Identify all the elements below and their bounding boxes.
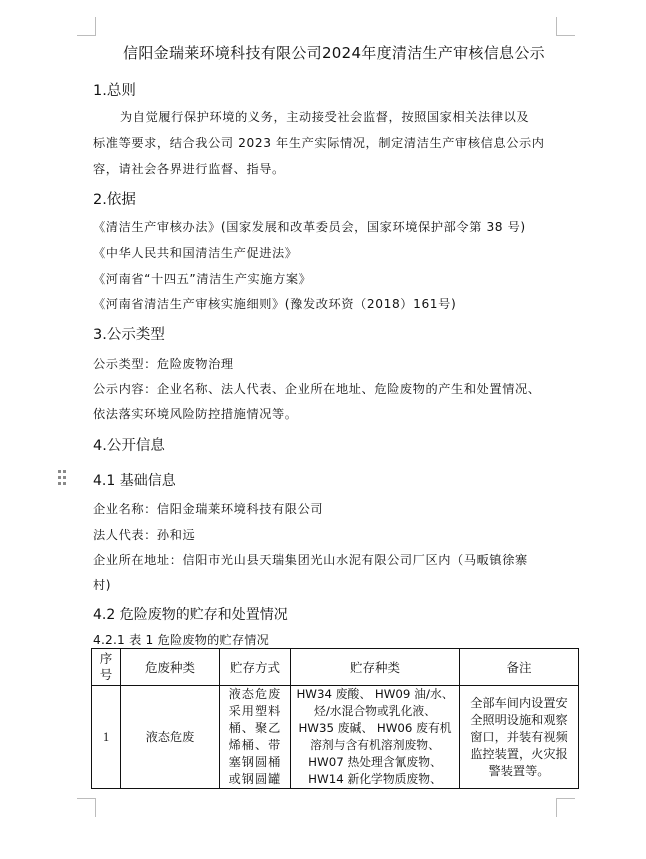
header-no: 序号	[92, 649, 121, 686]
document-title: 信阳金瑞莱环境科技有限公司2024年度清洁生产审核信息公示	[91, 42, 577, 63]
page-corner-mark-top-right	[556, 17, 575, 36]
basis-item-1: 《清洁生产审核办法》(国家发展和改革委员会，国家环境保护部令第 38 号)	[93, 218, 526, 235]
cell-storage-types: HW34 废酸、 HW09 油/水、 烃/水混合物或乳化液、 HW35 废碱、 …	[291, 686, 460, 789]
section-1-line-1: 为自觉履行保护环境的义务，主动接受社会监督，按照国家相关法律以及	[120, 108, 529, 125]
company-address-line-1: 企业所在地址：信阳市光山县天瑞集团光山水泥有限公司厂区内（马畈镇徐寨	[93, 551, 528, 568]
cell-no: 1	[92, 686, 121, 789]
table-header-row: 序号 危废种类 贮存方式 贮存种类 备注	[92, 649, 579, 686]
storage-type-line-2: 烃/水混合物或乳化液、	[293, 703, 457, 720]
basis-item-4: 《河南省清洁生产审核实施细则》(豫发改环资（2018）161号)	[93, 295, 456, 312]
table-row: 1 液态危废 液态危废采用塑料桶、聚乙烯桶、带塞钢圆桶或钢圆罐 HW34 废酸、…	[92, 686, 579, 789]
header-category: 危废种类	[121, 649, 220, 686]
cell-storage-method: 液态危废采用塑料桶、聚乙烯桶、带塞钢圆桶或钢圆罐	[220, 686, 291, 789]
page-corner-mark-bottom-right	[556, 798, 575, 817]
section-1-line-2: 标准等要求，结合我公司 2023 年生产实际情况，制定清洁生产审核信息公示内	[93, 134, 545, 151]
storage-type-line-6: HW14 新化学物质废物、	[293, 771, 457, 788]
storage-type-line-1: HW34 废酸、 HW09 油/水、	[293, 686, 457, 703]
basis-item-3: 《河南省“十四五”清洁生产实施方案》	[93, 270, 311, 287]
company-address-line-2: 村)	[93, 576, 111, 593]
drag-handle-icon[interactable]	[58, 470, 68, 486]
legal-representative: 法人代表：孙和远	[93, 526, 195, 543]
storage-type-line-5: HW07 热处理含氰废物、	[293, 754, 457, 771]
table-caption: 4.2.1 表 1 危险废物的贮存情况	[93, 631, 269, 648]
disclosure-content-line-2: 依法落实环境风险防控措施情况等。	[93, 405, 298, 422]
section-2-heading: 2.依据	[93, 188, 136, 209]
company-name: 企业名称：信阳金瑞莱环境科技有限公司	[93, 500, 323, 517]
section-4-heading: 4.公开信息	[93, 434, 165, 455]
section-1-line-3: 容，请社会各界进行监督、指导。	[93, 160, 285, 177]
section-1-heading: 1.总则	[93, 79, 136, 100]
disclosure-type: 公示类型：危险废物治理	[93, 355, 234, 372]
section-4-2-heading: 4.2 危险废物的贮存和处置情况	[93, 604, 288, 624]
section-4-1-heading: 4.1 基础信息	[93, 470, 176, 490]
page-corner-mark-bottom-left	[77, 798, 96, 817]
page-corner-mark-top-left	[77, 17, 96, 36]
disclosure-content-line-1: 公示内容：企业名称、法人代表、企业所在地址、危险废物的产生和处置情况、	[93, 380, 541, 397]
section-3-heading: 3.公示类型	[93, 323, 165, 344]
header-storage-types: 贮存种类	[291, 649, 460, 686]
storage-type-line-4: 溶剂与含有机溶剂废物、	[293, 737, 457, 754]
header-storage-method: 贮存方式	[220, 649, 291, 686]
storage-type-line-3: HW35 废碱、 HW06 废有机	[293, 720, 457, 737]
cell-category: 液态危废	[121, 686, 220, 789]
header-remarks: 备注	[460, 649, 579, 686]
hazardous-waste-storage-table: 序号 危废种类 贮存方式 贮存种类 备注 1 液态危废 液态危废采用塑料桶、聚乙…	[91, 648, 579, 789]
cell-remarks: 全部车间内设置安全照明设施和观察窗口，并装有视频监控装置，火灾报警装置等。	[460, 686, 579, 789]
basis-item-2: 《中华人民共和国清洁生产促进法》	[93, 244, 298, 261]
